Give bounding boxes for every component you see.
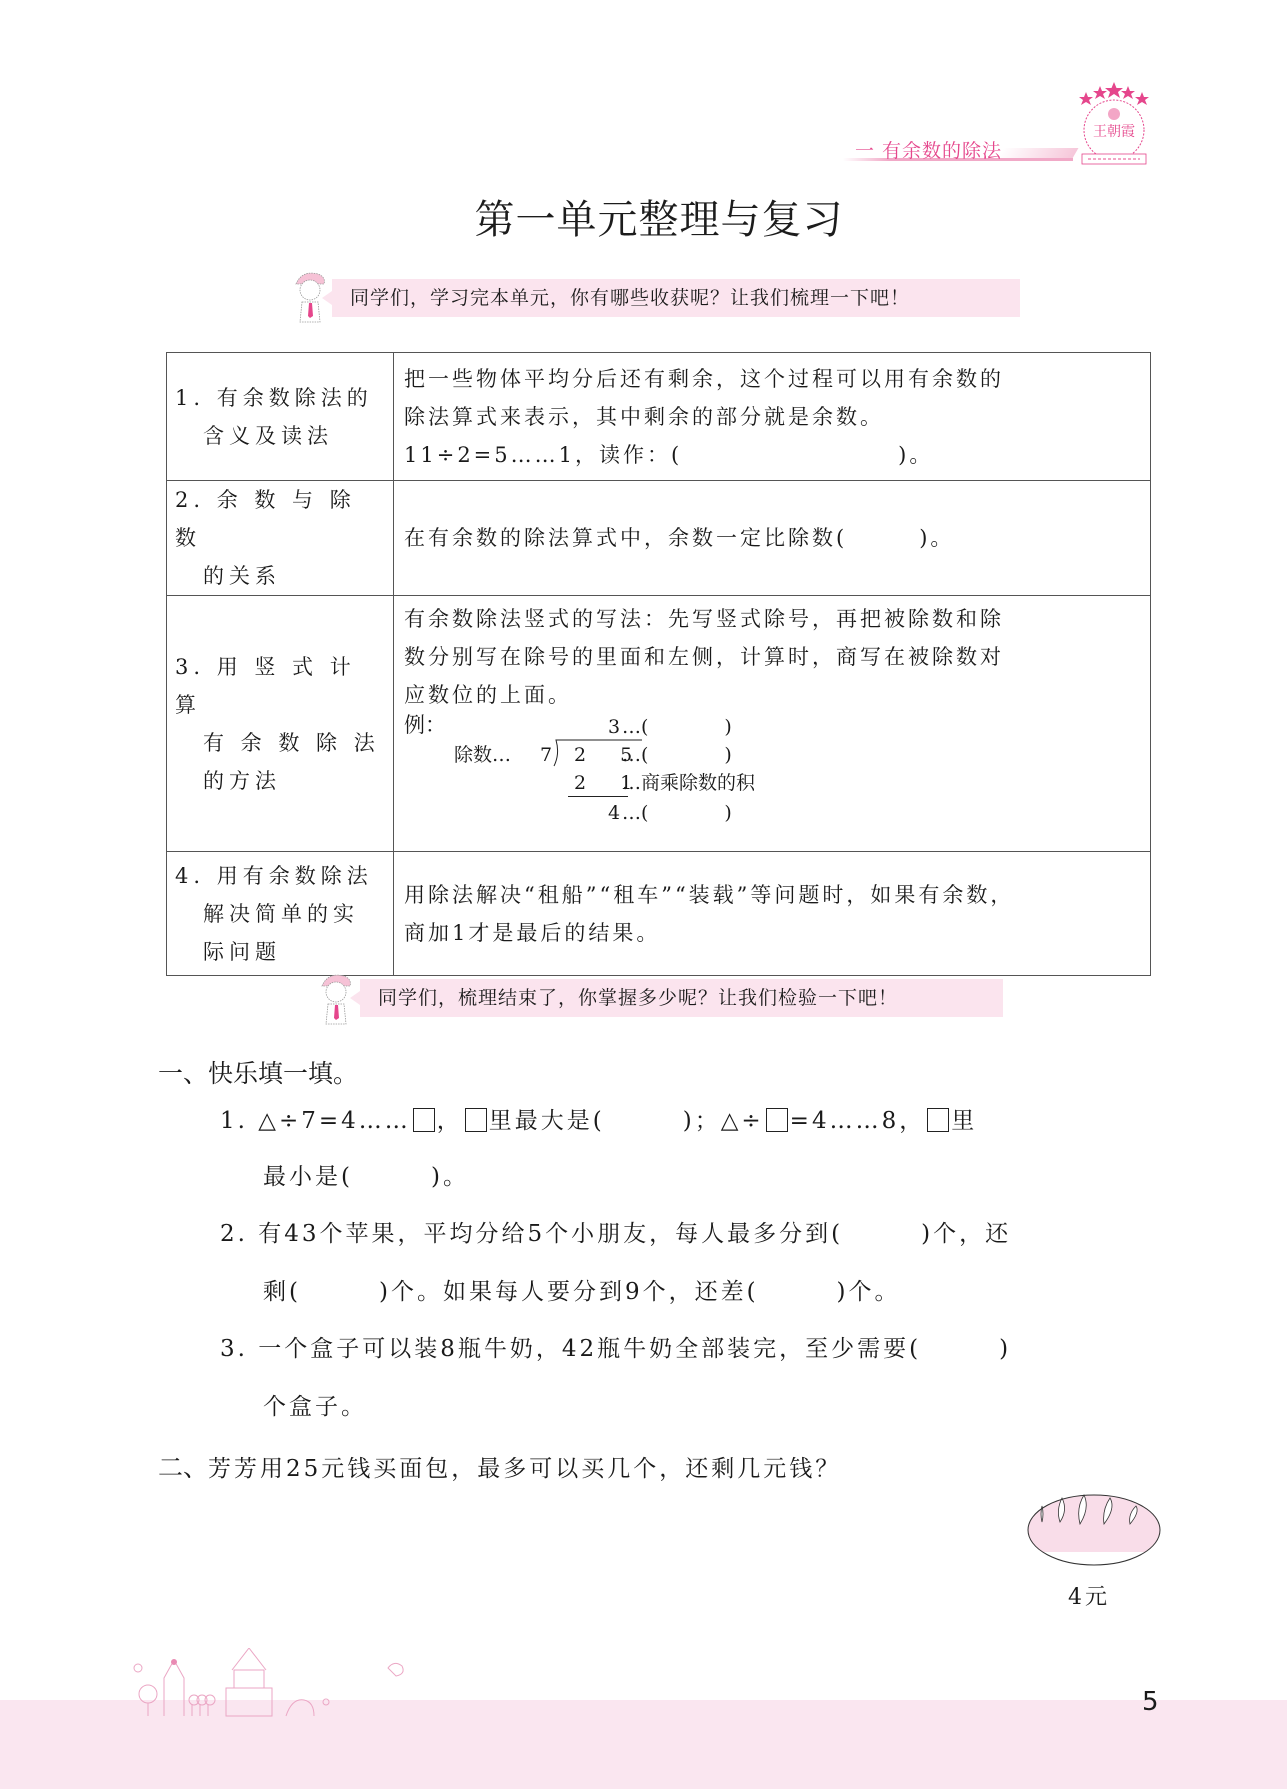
quotient-note-blank[interactable]: …( ) xyxy=(622,716,732,738)
subtraction-line xyxy=(568,796,628,797)
page-title: 第一单元整理与复习 xyxy=(0,188,1287,245)
content-cell: 在有余数的除法算式中，余数一定比除数( )。 xyxy=(394,481,1151,596)
question-3-line-1[interactable]: 3. 一个盒子可以装8瓶牛奶，42瓶牛奶全部装完，至少需要( ) xyxy=(220,1330,1011,1363)
answer-box[interactable] xyxy=(766,1108,788,1132)
topic-cell: 4. 用有余数除法 解决简单的实 际问题 xyxy=(167,852,394,976)
dividend-note-blank[interactable]: …( ) xyxy=(622,744,732,766)
remainder-note-blank[interactable]: …( ) xyxy=(622,802,732,824)
page-number: 5 xyxy=(1142,1687,1159,1717)
intro-speech-bubble: 同学们，学习完本单元，你有哪些收获呢？让我们梳理一下吧！ xyxy=(332,279,1020,317)
summary-table: 1. 有余数除法的 含义及读法 把一些物体平均分后还有剩余，这个过程可以用有余数… xyxy=(166,352,1151,976)
question-3-line-2: 个盒子。 xyxy=(263,1388,367,1421)
section-two-title: 二、芳芳用25元钱买面包，最多可以买几个，还剩几元钱？ xyxy=(158,1448,841,1484)
table-row: 3. 用 竖 式 计 算 有 余 数 除 法 的方法 有余数除法竖式的写法：先写… xyxy=(167,596,1151,852)
content-cell: 用除法解决“租船”“租车”“装载”等问题时，如果有余数， 商加1才是最后的结果。 xyxy=(394,852,1151,976)
question-1-line-2[interactable]: 最小是( )。 xyxy=(263,1158,469,1191)
remainder: 4 xyxy=(608,802,620,824)
topic-cell: 3. 用 竖 式 计 算 有 余 数 除 法 的方法 xyxy=(167,596,394,852)
quotient: 3 xyxy=(608,716,620,738)
check-speech-bubble: 同学们，梳理结束了，你掌握多少呢？让我们检验一下吧！ xyxy=(360,979,1003,1017)
publisher-badge-icon: 王朝霞 xyxy=(1076,82,1152,168)
content-cell: 把一些物体平均分后还有剩余，这个过程可以用有余数的 除法算式来表示，其中剩余的部… xyxy=(394,353,1151,481)
long-division-example: 例： 3 …( ) 除数… 7 2 5 …( ) 2 1 …商乘除数的积 4 …… xyxy=(404,714,1142,832)
divisor-label: 除数… xyxy=(454,744,511,766)
table-row: 2. 余 数 与 除 数 的关系 在有余数的除法算式中，余数一定比除数( )。 xyxy=(167,481,1151,596)
max-blank[interactable]: 里最大是( )；△÷ xyxy=(489,1108,764,1134)
question-1-line-1: 1. △÷7=4……，里最大是( )；△÷=4……8，里 xyxy=(220,1102,977,1135)
table-row: 4. 用有余数除法 解决简单的实 际问题 用除法解决“租船”“租车”“装载”等问… xyxy=(167,852,1151,976)
comparison-blank[interactable]: 在有余数的除法算式中，余数一定比除数( )。 xyxy=(404,519,1142,557)
svg-text:王朝霞: 王朝霞 xyxy=(1093,123,1135,140)
content-cell: 有余数除法竖式的写法：先写竖式除号，再把被除数和除 数分别写在除号的里面和左侧，… xyxy=(394,596,1151,852)
section-label: 一 有余数的除法 xyxy=(855,136,1002,163)
bread-price: 4元 xyxy=(1068,1580,1110,1611)
example-label: 例： xyxy=(404,714,446,736)
reading-blank[interactable]: 11÷2=5……1，读作：( )。 xyxy=(404,436,1142,474)
topic-cell: 1. 有余数除法的 含义及读法 xyxy=(167,353,394,481)
answer-box[interactable] xyxy=(465,1108,487,1132)
answer-box[interactable] xyxy=(413,1108,435,1132)
product-note: …商乘除数的积 xyxy=(622,772,755,794)
section-one-title: 一、快乐填一填。 xyxy=(158,1054,358,1090)
question-2-line-1[interactable]: 2. 有43个苹果，平均分给5个小朋友，每人最多分到( )个，还 xyxy=(220,1215,1011,1248)
question-2-line-2[interactable]: 剩( )个。如果每人要分到9个，还差( )个。 xyxy=(263,1273,901,1306)
divisor: 7 xyxy=(540,744,552,766)
table-row: 1. 有余数除法的 含义及读法 把一些物体平均分后还有剩余，这个过程可以用有余数… xyxy=(167,353,1151,481)
bread-icon xyxy=(1024,1492,1164,1568)
topic-cell: 2. 余 数 与 除 数 的关系 xyxy=(167,481,394,596)
town-decoration-icon xyxy=(126,1648,436,1718)
answer-box[interactable] xyxy=(927,1108,949,1132)
